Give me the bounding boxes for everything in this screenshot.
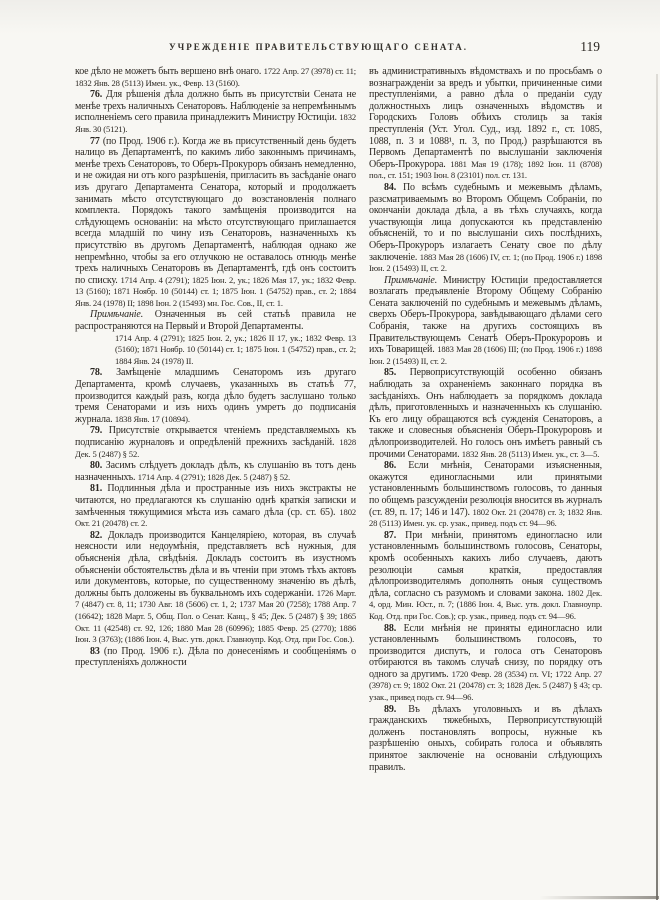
running-head: УЧРЕЖДЕНІЕ ПРАВИТЕЛЬСТВУЮЩАГО СЕНАТА. 11… (75, 42, 602, 58)
article-82: 82. Докладъ производится Канцеляріею, ко… (75, 530, 356, 646)
text-run-cite: 1838 Янв. 17 (10894). (115, 414, 190, 424)
note-to-article-77: Примѣчаніе. Означенныя въ сей статьѣ пра… (75, 309, 356, 332)
article-83-continuation: въ административныхъ вѣдомствахъ и по пр… (369, 66, 602, 182)
article-81: 81. Подлинныя дѣла и пространные изъ них… (75, 483, 356, 529)
note-to-article-84: Примѣчаніе. Министру Юстиціи предоставля… (369, 275, 602, 368)
text-run-body: (по Прод. 1906 г.). Когда же въ присутст… (75, 136, 356, 286)
text-columns: кое дѣло не можетъ быть вершено внѣ онаг… (75, 66, 602, 773)
text-run-body: въ административныхъ вѣдомствахъ и по пр… (369, 66, 602, 170)
article-79: 79. Присутствіе открывается чтеніемъ пре… (75, 425, 356, 460)
article-83: 83 (по Прод. 1906 г.). Дѣла по донесенія… (75, 646, 356, 669)
text-run-num: 78. (90, 367, 116, 378)
article-86: 86. Если мнѣнія, Сенаторами изъясненныя,… (369, 460, 602, 530)
page-title: УЧРЕЖДЕНІЕ ПРАВИТЕЛЬСТВУЮЩАГО СЕНАТА. (75, 42, 562, 52)
text-run-cite: 1714 Апр. 4 (2791); 1828 Дек. 5 (2487) §… (138, 472, 290, 482)
text-run-num: 80. (90, 460, 106, 471)
text-run-num: 87. (384, 530, 405, 541)
text-run-num: 79. (90, 425, 109, 436)
text-run-cite: 1714 Апр. 4 (2791); 1825 Іюн. 2, ук.; 18… (115, 333, 356, 366)
text-run-body: кое дѣло не можетъ быть вершено внѣ онаг… (75, 66, 264, 77)
text-run-num: 89. (384, 704, 408, 715)
text-run-italic: Примѣчаніе. (384, 275, 437, 286)
article-77: 77 (по Прод. 1906 г.). Когда же въ прису… (75, 136, 356, 310)
text-run-cite: 1832 Янв. 28 (5113) Имен. ук., ст. 3—5. (462, 449, 599, 459)
scanned-book-page: УЧРЕЖДЕНІЕ ПРАВИТЕЛЬСТВУЮЩАГО СЕНАТА. 11… (0, 0, 660, 900)
text-run-body: Министру Юстиціи предоставляется возлага… (369, 275, 602, 356)
article-88: 88. Если мнѣнія не приняты единогласно и… (369, 623, 602, 704)
text-run-num: 77 (90, 136, 100, 147)
text-run-num: 84. (384, 182, 403, 193)
article-80: 80. Засимъ слѣдуетъ докладъ дѣлъ, къ слу… (75, 460, 356, 483)
left-column: кое дѣло не можетъ быть вершено внѣ онаг… (75, 66, 356, 669)
text-run-num: 82. (90, 530, 108, 541)
text-run-num: 86. (384, 460, 408, 471)
article-84: 84. По всѣмъ судебнымъ и межевымъ дѣламъ… (369, 182, 602, 275)
text-run-body: Докладъ производится Канцеляріею, котора… (75, 530, 356, 599)
text-run-body: (по Прод. 1906 г.). Дѣла по донесеніямъ … (75, 646, 356, 669)
text-run-body: Первоприсутствующій особенно обязанъ наб… (369, 367, 602, 459)
scan-artifact-right-edge (656, 74, 658, 900)
article-85: 85. Первоприсутствующій особенно обязанъ… (369, 367, 602, 460)
page-number: 119 (580, 39, 600, 55)
text-run-num: 81. (90, 483, 107, 494)
text-run-body: Для рѣшенія дѣла должно быть въ присутст… (75, 89, 356, 123)
text-run-num: 83 (90, 646, 100, 657)
text-run-body: Присутствіе открывается чтеніемъ предста… (75, 425, 356, 448)
article-76: 76. Для рѣшенія дѣла должно быть въ прис… (75, 89, 356, 135)
article-87: 87. При мнѣніи, принятомъ единогласно ил… (369, 530, 602, 623)
scan-artifact-top (0, 0, 660, 34)
citation-block: 1714 Апр. 4 (2791); 1825 Іюн. 2, ук.; 18… (115, 333, 356, 368)
text-run-body: Подлинныя дѣла и пространные изъ нихъ эк… (75, 483, 356, 517)
text-run-italic: Примѣчаніе. (90, 309, 143, 320)
right-column: въ административныхъ вѣдомствахъ и по пр… (369, 66, 602, 773)
text-run-num: 85. (384, 367, 410, 378)
continuation-paragraph: кое дѣло не можетъ быть вершено внѣ онаг… (75, 66, 356, 89)
article-89: 89. Въ дѣлахъ уголовныхъ и въ дѣлахъ гра… (369, 704, 602, 774)
scan-artifact-bottom-corner (539, 896, 659, 899)
text-run-body: По всѣмъ судебнымъ и межевымъ дѣламъ, ра… (369, 182, 602, 263)
text-run-num: 88. (384, 623, 404, 634)
article-78: 78. Замѣщеніе младшимъ Сенаторомъ изъ др… (75, 367, 356, 425)
text-run-num: 76. (90, 89, 106, 100)
